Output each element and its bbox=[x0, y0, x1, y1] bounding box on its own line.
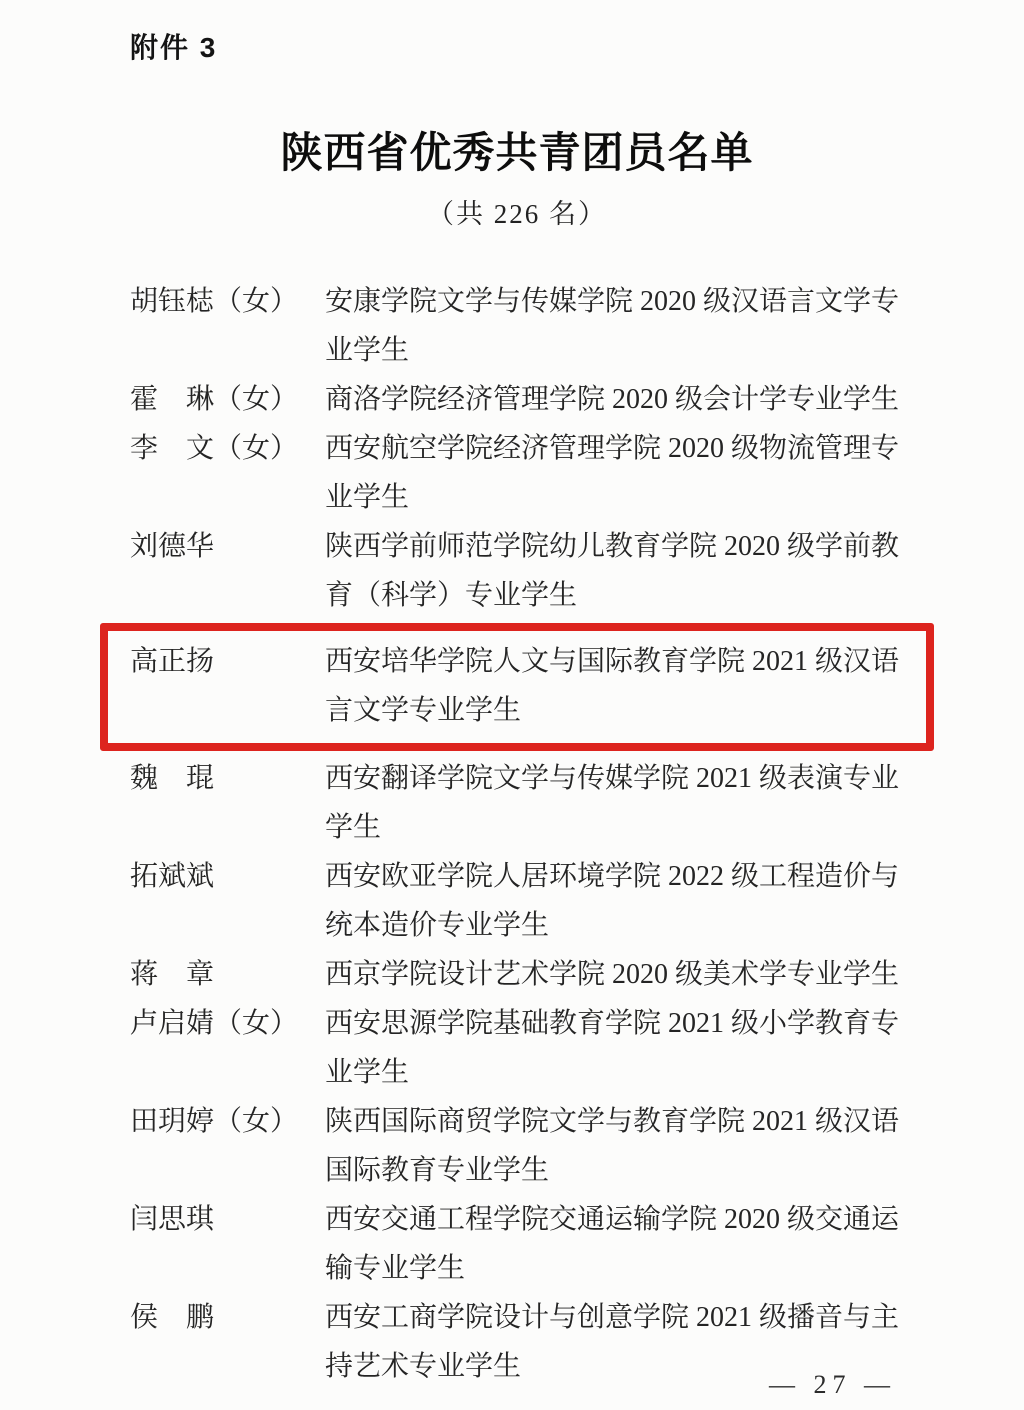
desc-line: 西安思源学院基础教育学院 2021 级小学教育专 bbox=[325, 999, 904, 1048]
desc-line: 输专业学生 bbox=[325, 1244, 904, 1293]
member-name: 刘德华 bbox=[130, 522, 325, 571]
desc-line: 国际教育专业学生 bbox=[325, 1146, 904, 1195]
desc-line: 西安工商学院设计与创意学院 2021 级播音与主 bbox=[325, 1293, 904, 1342]
list-entry: 拓斌斌 西安欧亚学院人居环境学院 2022 级工程造价与 统本造价专业学生 bbox=[130, 852, 904, 950]
list-entry: 卢启婧（女） 西安思源学院基础教育学院 2021 级小学教育专 业学生 bbox=[130, 999, 904, 1097]
member-desc: 西安培华学院人文与国际教育学院 2021 级汉语 言文学专业学生 bbox=[325, 637, 926, 735]
list-entry: 李 文（女） 西安航空学院经济管理学院 2020 级物流管理专 业学生 bbox=[130, 424, 904, 522]
document-page: 附件 3 陕西省优秀共青团员名单 （共 226 名） 胡钰梽（女） 安康学院文学… bbox=[0, 0, 1024, 1410]
desc-line: 西京学院设计艺术学院 2020 级美术学专业学生 bbox=[325, 950, 904, 999]
list-entry: 田玥婷（女） 陕西国际商贸学院文学与教育学院 2021 级汉语 国际教育专业学生 bbox=[130, 1097, 904, 1195]
member-name: 闫思琪 bbox=[130, 1195, 325, 1244]
desc-line: 陕西国际商贸学院文学与教育学院 2021 级汉语 bbox=[325, 1097, 904, 1146]
member-name: 田玥婷（女） bbox=[130, 1097, 325, 1146]
member-name: 拓斌斌 bbox=[130, 852, 325, 901]
member-name: 卢启婧（女） bbox=[130, 999, 325, 1048]
desc-line: 西安翻译学院文学与传媒学院 2021 级表演专业 bbox=[325, 754, 904, 803]
desc-line: 陕西学前师范学院幼儿教育学院 2020 级学前教 bbox=[325, 522, 904, 571]
desc-line: 西安航空学院经济管理学院 2020 级物流管理专 bbox=[325, 424, 904, 473]
list-entry-highlighted: 高正扬 西安培华学院人文与国际教育学院 2021 级汉语 言文学专业学生 bbox=[100, 623, 934, 751]
list-entry: 霍 琳（女） 商洛学院经济管理学院 2020 级会计学专业学生 bbox=[130, 375, 904, 424]
desc-line: 业学生 bbox=[325, 473, 904, 522]
desc-line: 言文学专业学生 bbox=[325, 686, 926, 735]
member-desc: 商洛学院经济管理学院 2020 级会计学专业学生 bbox=[325, 375, 904, 424]
desc-line: 西安交通工程学院交通运输学院 2020 级交通运 bbox=[325, 1195, 904, 1244]
member-name: 霍 琳（女） bbox=[130, 375, 325, 424]
member-desc: 西安思源学院基础教育学院 2021 级小学教育专 业学生 bbox=[325, 999, 904, 1097]
desc-line: 统本造价专业学生 bbox=[325, 901, 904, 950]
member-desc: 陕西学前师范学院幼儿教育学院 2020 级学前教 育（科学）专业学生 bbox=[325, 522, 904, 620]
member-desc: 西安翻译学院文学与传媒学院 2021 级表演专业 学生 bbox=[325, 754, 904, 852]
desc-line: 学生 bbox=[325, 803, 904, 852]
list-entry: 闫思琪 西安交通工程学院交通运输学院 2020 级交通运 输专业学生 bbox=[130, 1195, 904, 1293]
list-entry: 刘德华 陕西学前师范学院幼儿教育学院 2020 级学前教 育（科学）专业学生 bbox=[130, 522, 904, 620]
member-name: 侯 鹏 bbox=[130, 1293, 325, 1342]
page-number: — 27 — bbox=[769, 1370, 896, 1400]
list-entry: 魏 琨 西安翻译学院文学与传媒学院 2021 级表演专业 学生 bbox=[130, 754, 904, 852]
page-subtitle: （共 226 名） bbox=[130, 192, 904, 231]
attachment-label: 附件 3 bbox=[130, 26, 904, 66]
member-desc: 安康学院文学与传媒学院 2020 级汉语言文学专 业学生 bbox=[325, 277, 904, 375]
member-name: 蒋 章 bbox=[130, 950, 325, 999]
desc-line: 育（科学）专业学生 bbox=[325, 571, 904, 620]
member-name: 魏 琨 bbox=[130, 754, 325, 803]
member-name: 李 文（女） bbox=[130, 424, 325, 473]
member-desc: 西安交通工程学院交通运输学院 2020 级交通运 输专业学生 bbox=[325, 1195, 904, 1293]
desc-line: 业学生 bbox=[325, 1048, 904, 1097]
desc-line: 安康学院文学与传媒学院 2020 级汉语言文学专 bbox=[325, 277, 904, 326]
desc-line: 商洛学院经济管理学院 2020 级会计学专业学生 bbox=[325, 375, 904, 424]
page-title: 陕西省优秀共青团员名单 bbox=[130, 120, 904, 180]
list-entry: 蒋 章 西京学院设计艺术学院 2020 级美术学专业学生 bbox=[130, 950, 904, 999]
desc-line: 业学生 bbox=[325, 326, 904, 375]
member-desc: 西安航空学院经济管理学院 2020 级物流管理专 业学生 bbox=[325, 424, 904, 522]
desc-line: 西安培华学院人文与国际教育学院 2021 级汉语 bbox=[325, 637, 926, 686]
member-desc: 西京学院设计艺术学院 2020 级美术学专业学生 bbox=[325, 950, 904, 999]
member-name: 高正扬 bbox=[130, 637, 325, 686]
list-entry: 胡钰梽（女） 安康学院文学与传媒学院 2020 级汉语言文学专 业学生 bbox=[130, 277, 904, 375]
member-desc: 西安欧亚学院人居环境学院 2022 级工程造价与 统本造价专业学生 bbox=[325, 852, 904, 950]
member-list: 胡钰梽（女） 安康学院文学与传媒学院 2020 级汉语言文学专 业学生 霍 琳（… bbox=[130, 277, 904, 1391]
member-desc: 陕西国际商贸学院文学与教育学院 2021 级汉语 国际教育专业学生 bbox=[325, 1097, 904, 1195]
member-name: 胡钰梽（女） bbox=[130, 277, 325, 326]
desc-line: 西安欧亚学院人居环境学院 2022 级工程造价与 bbox=[325, 852, 904, 901]
